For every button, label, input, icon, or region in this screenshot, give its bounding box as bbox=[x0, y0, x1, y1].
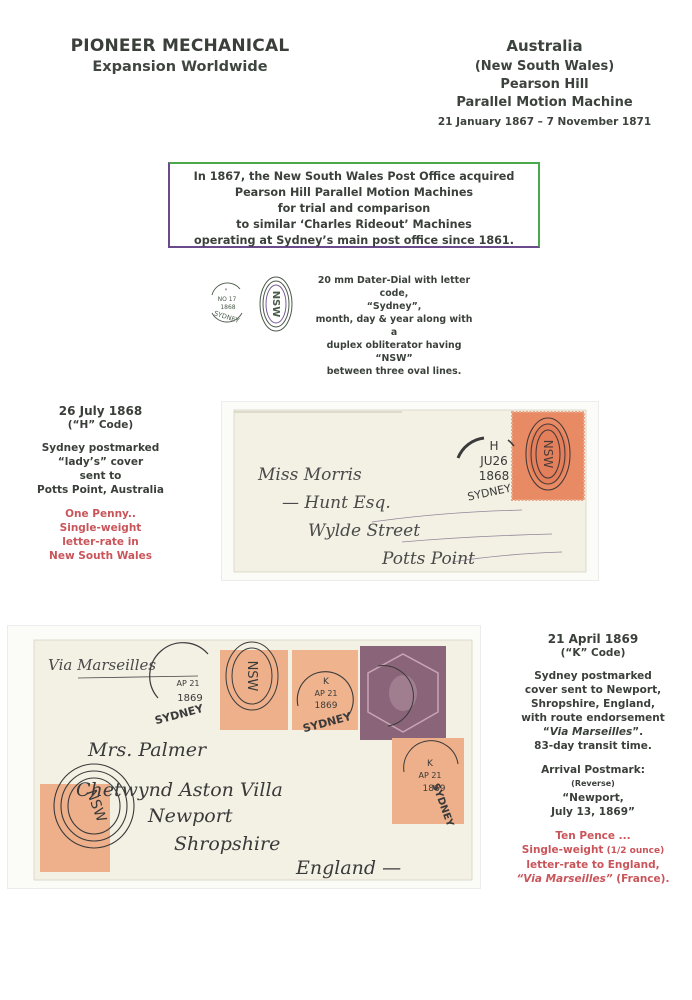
cover2-rate: Ten Pence ... Single-weight (1/2 ounce) … bbox=[494, 829, 692, 886]
one-penny-stamp: K AP 21 1869 SYDNEY bbox=[292, 650, 358, 735]
cover2-body-line: Shropshire, England, bbox=[494, 697, 692, 711]
cover2-transit: 83-day transit time. bbox=[494, 739, 692, 753]
svg-text:Newport: Newport bbox=[147, 805, 233, 827]
svg-text:": " bbox=[225, 288, 228, 295]
dater-dial-illustration: " NO 17 1868 SYDNEY NSW 20 mm Dater-Dial… bbox=[204, 268, 476, 340]
cover1-description: 26 July 1868 (“H” Code) Sydney postmarke… bbox=[8, 404, 193, 563]
cover1-rate: One Penny.. Single-weight letter-rate in… bbox=[8, 507, 193, 563]
dial-desc-line: duplex obliterator having “NSW” bbox=[314, 339, 474, 365]
country-heading: Australia bbox=[412, 37, 677, 55]
topic-machine-maker: Pearson Hill bbox=[412, 76, 677, 94]
cover2-description: 21 April 1869 (“K” Code) Sydney postmark… bbox=[494, 632, 692, 886]
dater-dial-postmark-icon: " NO 17 1868 SYDNEY NSW bbox=[204, 273, 304, 335]
exhibit-title-block: PIONEER MECHANICAL Expansion Worldwide bbox=[40, 36, 320, 75]
svg-text:Via Marseilles: Via Marseilles bbox=[48, 656, 156, 674]
cover2-route: “Via Marseilles”. bbox=[494, 725, 692, 739]
svg-text:AP 21: AP 21 bbox=[418, 771, 441, 780]
intro-line: for trial and comparison bbox=[170, 201, 538, 217]
exhibit-subtitle: Expansion Worldwide bbox=[40, 59, 320, 75]
svg-text:NSW: NSW bbox=[541, 440, 555, 469]
topic-lines: (New South Wales) Pearson Hill Parallel … bbox=[412, 58, 677, 112]
dial-desc-line: 20 mm Dater-Dial with letter code, bbox=[314, 274, 474, 300]
svg-text:NSW: NSW bbox=[270, 291, 281, 318]
rate-weight: Single-weight bbox=[522, 844, 604, 856]
cover2-body: Sydney postmarked cover sent to Newport,… bbox=[494, 669, 692, 753]
svg-text:NSW: NSW bbox=[244, 661, 259, 692]
rate-country: (France). bbox=[613, 873, 670, 885]
svg-text:Chetwynd Aston Villa: Chetwynd Aston Villa bbox=[76, 779, 283, 801]
svg-text:1869: 1869 bbox=[315, 701, 338, 711]
dial-desc-line: between three oval lines. bbox=[314, 365, 474, 378]
cover1-body-line: Sydney postmarked bbox=[8, 441, 193, 455]
topic-machine-type: Parallel Motion Machine bbox=[412, 94, 677, 112]
svg-text:1868: 1868 bbox=[479, 469, 510, 483]
svg-text:H: H bbox=[489, 439, 498, 453]
topic-region: (New South Wales) bbox=[412, 58, 677, 76]
cover2-arrival: Arrival Postmark: (Reverse) “Newport, Ju… bbox=[494, 763, 692, 819]
cover1-envelope-image: NSW H JU26 1868 SYDNEY Miss Morris — Hun… bbox=[222, 402, 598, 580]
cover2-rate-line: Single-weight (1/2 ounce) bbox=[494, 843, 692, 858]
rate-ounce: (1/2 ounce) bbox=[603, 846, 664, 856]
cover2-body-line: Sydney postmarked bbox=[494, 669, 692, 683]
svg-text:Potts Point: Potts Point bbox=[381, 549, 475, 569]
svg-text:SYDNEY: SYDNEY bbox=[213, 309, 240, 325]
svg-text:Wylde Street: Wylde Street bbox=[308, 521, 420, 541]
dial-desc-line: month, day & year along with a bbox=[314, 313, 474, 339]
cover1-code: (“H” Code) bbox=[8, 419, 193, 431]
one-penny-stamp: NSW bbox=[220, 642, 288, 730]
arrival-title: Arrival Postmark: bbox=[494, 763, 692, 777]
purple-hexagon-stamp bbox=[360, 646, 446, 740]
dial-desc-line: “Sydney”, bbox=[314, 300, 474, 313]
one-penny-stamp: K AP 21 1869 SYDNEY bbox=[392, 738, 464, 829]
intro-line: In 1867, the New South Wales Post Office… bbox=[170, 169, 538, 185]
cover2-code: (“K” Code) bbox=[494, 647, 692, 659]
svg-text:AP 21: AP 21 bbox=[314, 689, 337, 698]
cover2-body-line: with route endorsement bbox=[494, 711, 692, 725]
cover1-body-line: sent to bbox=[8, 469, 193, 483]
cover1-date: 26 July 1868 bbox=[8, 404, 193, 418]
rate-route: “Via Marseilles” bbox=[517, 873, 613, 885]
arrival-reverse: (Reverse) bbox=[494, 777, 692, 791]
svg-text:AP 21: AP 21 bbox=[176, 679, 199, 688]
svg-text:— Hunt Esq.: — Hunt Esq. bbox=[282, 493, 391, 513]
one-penny-stamp: NSW bbox=[512, 412, 584, 500]
cover2-envelope-image: Via Marseilles AP 21 1869 SYDNEY NSW K A… bbox=[8, 626, 480, 888]
svg-text:JU26: JU26 bbox=[479, 454, 508, 468]
cover1-rate-line: One Penny.. bbox=[8, 507, 193, 521]
cover2-rate-line: Ten Pence ... bbox=[494, 829, 692, 843]
topic-dates: 21 January 1867 – 7 November 1871 bbox=[412, 116, 677, 128]
svg-text:NO 17: NO 17 bbox=[218, 296, 237, 303]
cover1-rate-line: New South Wales bbox=[8, 549, 193, 563]
intro-line: operating at Sydney’s main post office s… bbox=[170, 233, 538, 249]
cover1-rate-line: letter-rate in bbox=[8, 535, 193, 549]
intro-line: to similar ‘Charles Rideout’ Machines bbox=[170, 217, 538, 233]
dater-dial-description: 20 mm Dater-Dial with letter code, “Sydn… bbox=[314, 274, 474, 378]
svg-text:1868: 1868 bbox=[220, 304, 235, 311]
cover1-body-line: Potts Point, Australia bbox=[8, 483, 193, 497]
cover1-body-line: “lady’s” cover bbox=[8, 455, 193, 469]
arrival-line: “Newport, bbox=[494, 791, 692, 805]
cover2-body-line: cover sent to Newport, bbox=[494, 683, 692, 697]
svg-text:Miss Morris: Miss Morris bbox=[257, 465, 362, 485]
cover1-rate-line: Single-weight bbox=[8, 521, 193, 535]
cover2-rate-line: letter-rate to England, bbox=[494, 858, 692, 872]
svg-text:England —: England — bbox=[295, 857, 401, 879]
cover2-route-name: Via Marseilles bbox=[550, 726, 633, 738]
exhibit-title: PIONEER MECHANICAL bbox=[40, 36, 320, 56]
cover2-rate-line: “Via Marseilles” (France). bbox=[494, 872, 692, 886]
intro-line: Pearson Hill Parallel Motion Machines bbox=[170, 185, 538, 201]
svg-text:Shropshire: Shropshire bbox=[174, 833, 280, 855]
page-topic-block: Australia (New South Wales) Pearson Hill… bbox=[412, 37, 677, 128]
arrival-line: July 13, 1869” bbox=[494, 805, 692, 819]
cover1-body: Sydney postmarked “lady’s” cover sent to… bbox=[8, 441, 193, 497]
intro-box: In 1867, the New South Wales Post Office… bbox=[168, 162, 540, 248]
cover2-date: 21 April 1869 bbox=[494, 632, 692, 646]
svg-text:Mrs. Palmer: Mrs. Palmer bbox=[87, 739, 208, 761]
